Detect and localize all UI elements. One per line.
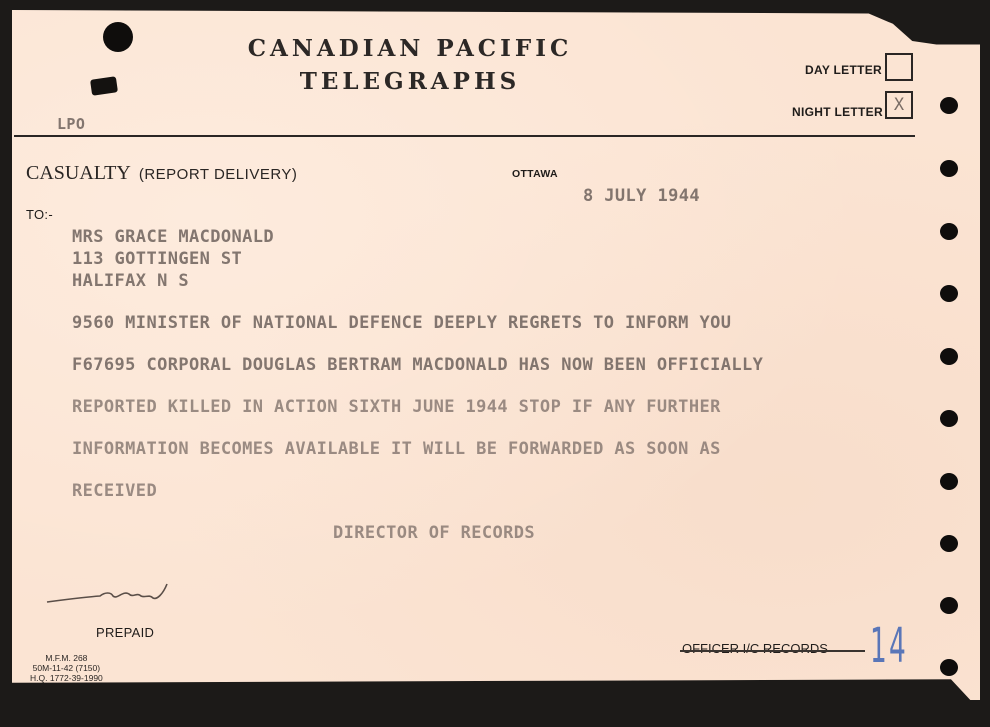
punch-hole-icon [940, 535, 958, 552]
day-letter-checkbox[interactable] [885, 53, 913, 81]
origin-office: OTTAWA [512, 168, 558, 180]
message-category: CASUALTY(REPORT DELIVERY) [26, 162, 297, 185]
recipient-city: HALIFAX N S [72, 271, 189, 291]
punch-hole-icon [940, 97, 958, 114]
office-code: LPO [57, 115, 85, 133]
body-line: INFORMATION BECOMES AVAILABLE IT WILL BE… [72, 439, 721, 459]
payment-status: PREPAID [96, 625, 154, 640]
to-label: TO:- [26, 207, 53, 222]
punch-hole-icon [940, 597, 958, 614]
punch-hole-icon [940, 659, 958, 676]
strikethrough-line [680, 650, 865, 652]
handwritten-number: 14 [870, 618, 908, 674]
brand-title: CANADIAN PACIFIC TELEGRAPHS [230, 32, 590, 98]
punch-hole-icon [103, 22, 133, 52]
night-letter-label: NIGHT LETTER [792, 105, 883, 119]
form-info: M.F.M. 268 50M-11-42 (7150) H.Q. 1772-39… [30, 653, 103, 683]
form-batch: 50M-11-42 (7150) [30, 663, 103, 673]
body-line: F67695 CORPORAL DOUGLAS BERTRAM MACDONAL… [72, 355, 763, 375]
punch-hole-icon [940, 473, 958, 490]
category-note: (REPORT DELIVERY) [139, 166, 298, 183]
night-letter-checkbox[interactable]: X [885, 91, 913, 119]
day-letter-label: DAY LETTER [805, 63, 882, 77]
punch-hole-icon [940, 223, 958, 240]
brand-line-1: CANADIAN PACIFIC [230, 32, 590, 65]
punch-hole-icon [940, 348, 958, 365]
recipient-name: MRS GRACE MACDONALD [72, 227, 274, 247]
form-hq: H.Q. 1772-39-1990 [30, 673, 103, 683]
form-code: M.F.M. 268 [30, 653, 103, 663]
signature-line: DIRECTOR OF RECORDS [333, 523, 535, 543]
telegram-date: 8 JULY 1944 [583, 186, 700, 206]
recipient-street: 113 GOTTINGEN ST [72, 249, 242, 269]
officer-label: OFFICER I/C RECORDS [682, 641, 828, 656]
handwritten-initials-icon [45, 578, 175, 608]
header-divider [14, 135, 915, 137]
punch-hole-icon [940, 285, 958, 302]
punch-hole-icon [940, 410, 958, 427]
punch-hole-icon [940, 160, 958, 177]
body-line: REPORTED KILLED IN ACTION SIXTH JUNE 194… [72, 397, 721, 417]
body-line: 9560 MINISTER OF NATIONAL DEFENCE DEEPLY… [72, 313, 731, 333]
body-line: RECEIVED [72, 481, 157, 501]
category-label: CASUALTY [26, 162, 131, 184]
brand-line-2: TELEGRAPHS [230, 65, 590, 98]
